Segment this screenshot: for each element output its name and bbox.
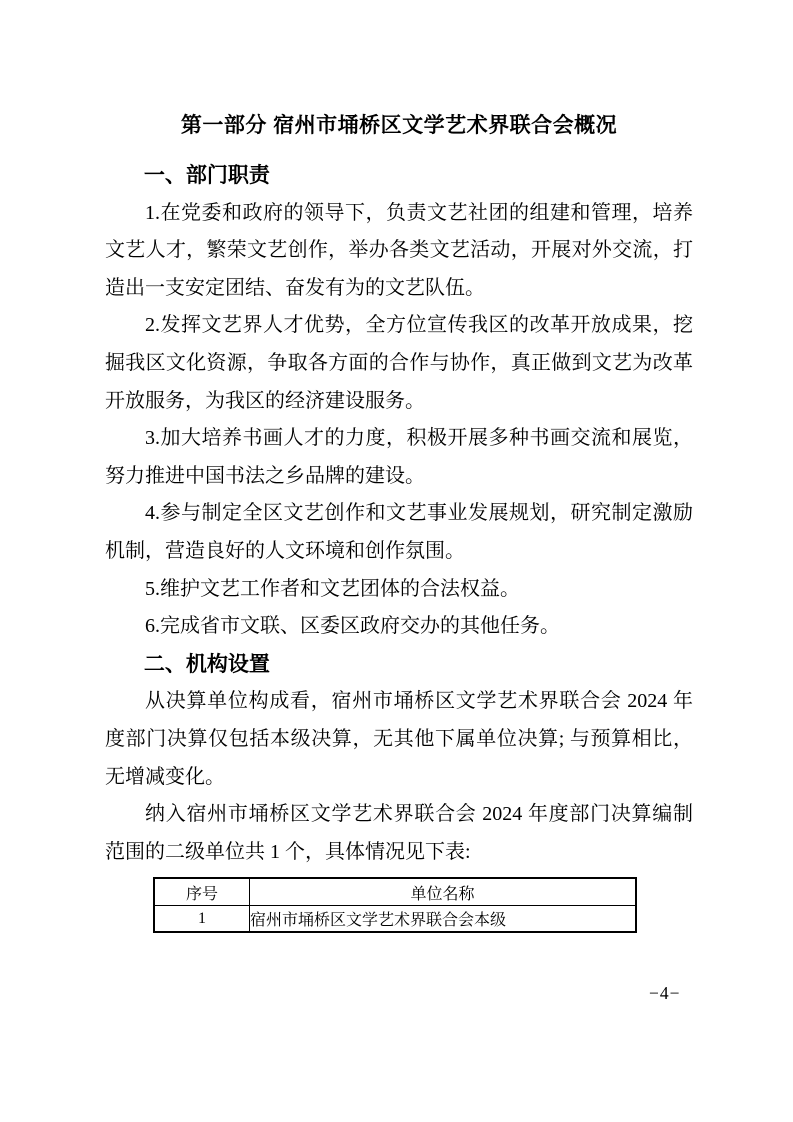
document-content: 第一部分 宿州市埇桥区文学艺术界联合会概况 一、部门职责 1.在党委和政府的领导… <box>105 106 693 933</box>
units-table-header-index: 序号 <box>154 878 250 906</box>
table-row: 1 宿州市埇桥区文学艺术界联合会本级 <box>154 906 636 933</box>
duties-paragraph-2: 2.发挥文艺界人才优势，全方位宣传我区的改革开放成果，挖掘我区文化资源，争取各方… <box>105 307 693 420</box>
page-number: −4− <box>649 983 681 1004</box>
organization-paragraph-1: 从决算单位构成看，宿州市埇桥区文学艺术界联合会 2024 年度部门决算仅包括本级… <box>105 683 693 796</box>
document-title: 第一部分 宿州市埇桥区文学艺术界联合会概况 <box>105 106 693 146</box>
document-page: 第一部分 宿州市埇桥区文学艺术界联合会概况 一、部门职责 1.在党委和政府的领导… <box>0 0 793 1122</box>
duties-paragraph-6: 6.完成省市文联、区委区政府交办的其他任务。 <box>105 608 693 646</box>
units-table-header-row: 序号 单位名称 <box>154 878 636 906</box>
units-table: 序号 单位名称 1 宿州市埇桥区文学艺术界联合会本级 <box>153 877 637 933</box>
duties-paragraph-1: 1.在党委和政府的领导下，负责文艺社团的组建和管理，培养文艺人才，繁荣文艺创作，… <box>105 195 693 308</box>
duties-paragraph-5: 5.维护文艺工作者和文艺团体的合法权益。 <box>105 571 693 609</box>
section-heading-duties: 一、部门职责 <box>105 157 693 195</box>
duties-paragraph-4: 4.参与制定全区文艺创作和文艺事业发展规划，研究制定激励机制，营造良好的人文环境… <box>105 495 693 570</box>
units-table-header-name: 单位名称 <box>250 878 637 906</box>
unit-row-name: 宿州市埇桥区文学艺术界联合会本级 <box>250 906 637 933</box>
duties-paragraph-3: 3.加大培养书画人才的力度，积极开展多种书画交流和展览，努力推进中国书法之乡品牌… <box>105 420 693 495</box>
organization-paragraph-2: 纳入宿州市埇桥区文学艺术界联合会 2024 年度部门决算编制范围的二级单位共 1… <box>105 796 693 871</box>
section-heading-organization: 二、机构设置 <box>105 646 693 684</box>
unit-row-index: 1 <box>154 906 250 933</box>
